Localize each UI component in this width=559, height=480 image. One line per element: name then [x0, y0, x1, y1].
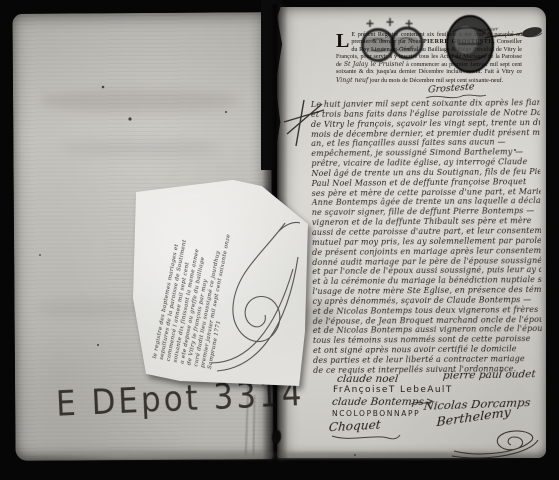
signature-pierre-paul-oudet: pierre paul oudet	[442, 368, 536, 382]
pasted-slip: le registre des baptemes mariages etsepu…	[110, 166, 312, 394]
signature-francoise-lebeault: FrAnçoiseT LebeAulT	[333, 385, 453, 395]
bontemps-flourish	[410, 398, 434, 408]
slip-paper: le registre des baptemes mariages etsepu…	[110, 166, 312, 394]
signature-claude-noel: claude noel	[336, 373, 398, 385]
slip-paraphe-flourish	[205, 211, 305, 376]
generalite-stamp-icon	[363, 18, 423, 61]
choquet-underline-flourish	[330, 432, 402, 444]
register-scan: le registre des baptemes mariages etsepu…	[0, 0, 559, 480]
grosteste-paraphe	[424, 92, 488, 102]
signature-block-capitals: NCOLOPBONNAPP	[332, 409, 420, 418]
berthelemy-spiral-paraphe	[452, 423, 540, 459]
marriage-act-text: Le huit janvier mil sept cent soixante d…	[311, 98, 542, 377]
stamps-overlay	[348, 12, 502, 84]
oval-control-stamp-icon	[447, 16, 493, 72]
